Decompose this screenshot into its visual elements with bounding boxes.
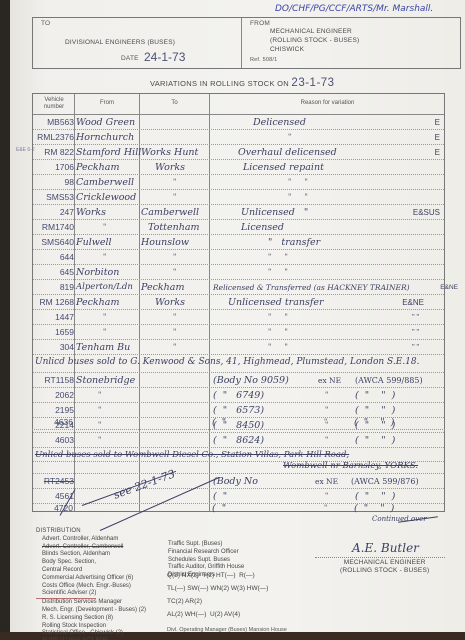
code: " " [412,326,419,339]
from-location: Stamford Hill [76,146,141,159]
from-location: Stonebridge [76,374,135,387]
to-location: Hounslow [141,236,189,249]
to-location: " [173,326,176,339]
table-row: RM 1268 Peckham Works Unlicensed transfe… [33,295,444,310]
to-location: Works [155,161,185,174]
body-number: ( " [212,416,226,429]
awca-ref: ( " " ) [355,389,395,402]
distribution-item: Central Record [36,567,146,575]
distribution-item: R. S. Licensing Section (8) [36,615,146,623]
codes-line: AL(2) WH(—) U(2) AV(4) [167,608,268,621]
distribution-list: DISTRIBUTION Advert. Controller, Aldenha… [36,528,146,640]
code: " " [412,311,419,324]
to-location: " [173,341,176,354]
header-box: TO DIVISIONAL ENGINEERS (BUSES) DATE 24-… [32,17,461,69]
ex-garage: " [324,502,327,515]
to-location: " [173,191,176,204]
vehicle-number: 644 [34,251,74,264]
reason: Licensed [241,221,284,234]
header-reason: Reason for variation [210,100,445,107]
signatory-title-2: (ROLLING STOCK - BUSES) [340,567,429,575]
body-number: (Body No [213,475,258,488]
from-location: Works [76,206,106,219]
code: E [435,146,440,159]
codes-line: TL(—) SW(—) WN(2) W(3) HW(—) [167,582,268,595]
title-date: 23-1-73 [291,77,334,89]
signatory-title-1: MECHANICAL ENGINEER [340,559,429,567]
table-row: 1659 " " " " " " [33,325,444,340]
district-codes: Q(2) NX(2) T(2) HT(—) R(—) TL(—) SW(—) W… [167,569,268,621]
to-location: Works [155,296,185,309]
signature-line [315,557,445,558]
date-value: 24-1-73 [144,50,185,64]
to-label: TO [41,20,50,27]
vehicle-number: RML2376 [34,131,74,144]
ex-garage: " [324,416,327,429]
variations-table: Vehicle number From To Reason for variat… [32,93,445,512]
table-row: 819 Alperton/Ldn Peckham Relicensed & Tr… [33,280,444,295]
table-row: SMS640 Fulwell Hounslow " transfer [33,235,444,250]
vehicle-number: 304 [34,341,74,354]
to-location: Camberwell [141,206,199,219]
awca-ref: (AWCA 599/876) [351,475,419,488]
to-location: Peckham [141,281,184,294]
distribution-item: Advert. Controller, Camberwell [36,544,146,552]
header-from: From [75,100,139,107]
distribution-footer: Divl. Operating Manager (Buses) Mansion … [167,627,287,633]
table-row: RT1158 Stonebridge (Body No 9059) ex NE … [33,373,444,388]
to-section: TO DIVISIONAL ENGINEERS (BUSES) DATE 24-… [33,18,242,68]
reason: Licensed repaint [243,161,324,174]
vehicle-number: MB563 [34,116,74,129]
table-row: 4603 " ( " 8624) " ( " " ) [33,433,444,448]
body-number: ( " 6749) [213,389,264,402]
from-location: Norbiton [76,266,119,279]
reason: " " [268,311,288,324]
table-row: 1447 " " " " " " [33,310,444,325]
to-location: Works Hunt [141,146,198,159]
header-to: To [140,100,209,107]
signature: A.E. Butler [352,541,419,555]
from-location: Cricklewood [76,191,136,204]
from-location: Peckham [76,161,119,174]
from-location: Fulwell [76,236,112,249]
table-row: MB563 Wood Green Delicensed E [33,115,444,130]
table-row: 304 Tenham Bu " " " " " [33,340,444,355]
reason: " " [268,251,288,264]
vehicle-number: 4636 [33,416,73,429]
from-line-2: (ROLLING STOCK - BUSES) [270,37,359,46]
table-row: RML2376 Hornchurch " E [33,130,444,145]
reason: Unlicensed " [241,206,308,219]
vehicle-number: SMS640 [34,236,74,249]
distribution-item: Commercial Advertising Officer (6) [36,575,146,583]
table-row: 247 Works Camberwell Unlicensed " E&SUS [33,205,444,220]
from-location: Camberwell [76,176,134,189]
handwritten-routing-annotation: DO/CHF/PG/CCF/ARTS/Mr. Marshall. [275,4,433,14]
to-value: DIVISIONAL ENGINEERS (BUSES) [65,39,175,48]
codes-line: Q(2) NX(2) T(2) HT(—) R(—) [167,569,268,582]
vehicle-number: 4603 [34,434,74,447]
note-row: Unlicd buses sold to G. Kenwood & Sons, … [33,355,444,373]
ex-garage: ex NE [315,475,338,488]
distribution-item: Costs Office (Mech. Engr.-Buses) [36,583,146,591]
header-vehicle: Vehicle number [35,97,73,111]
page-title: VARIATIONS IN ROLLING STOCK ON 23-1-73 [150,77,335,89]
code: E&NE [440,281,458,294]
reason: " " [268,326,288,339]
code: E [435,116,440,129]
from-location: " [98,389,101,402]
reason: " " [288,176,308,189]
reason: Delicensed [253,116,306,129]
from-location: " [98,434,101,447]
code: E&NE [402,296,424,309]
table-row: 645 Norbiton " " " [33,265,444,280]
sold-note-kenwood: Unlicd buses sold to G. Kenwood & Sons, … [35,356,420,369]
reason: Unlicensed transfer [228,296,324,309]
ex-garage: " [325,434,328,447]
signatory-title: MECHANICAL ENGINEER (ROLLING STOCK - BUS… [340,559,429,575]
awca-ref: ( " " ) [355,434,395,447]
codes-line: TC(2) AR(2) [167,595,268,608]
table-row: 4636 ( " " ( " " ) [32,415,445,430]
awca-ref: (AWCA 599/885) [355,374,423,387]
vehicle-number: RT2453 [34,475,74,488]
vehicle-number: RT1158 [34,374,74,387]
distribution-item: Statistical Office - Chiswick (2) [36,630,146,638]
title-text: VARIATIONS IN ROLLING STOCK ON [150,79,289,88]
awca-ref: ( " " ) [354,416,394,429]
distribution-item: Blinds Section, Aldenham [36,551,146,559]
table-row: RM 822 Stamford Hill Works Hunt Overhaul… [33,145,444,160]
reason: " transfer [268,236,320,249]
ex-garage: ex NE [318,374,341,387]
to-location: " [173,251,176,264]
distribution-item: Financial Research Officer [168,549,244,557]
sold-note-wombwell-cont: Wombwell nr Barnsley, YORKS. [283,460,418,473]
from-location: Wood Green [76,116,135,129]
date-label: DATE [121,55,139,62]
awca-ref: ( " " ) [354,502,394,515]
to-location: " [173,176,176,189]
reason: Overhaul delicensed [238,146,337,159]
from-location: Peckham [76,296,119,309]
distribution-heading: DISTRIBUTION [36,528,146,536]
note-row: Wombwell nr Barnsley, YORKS. [33,462,444,474]
from-location: Alperton/Ldn [76,281,133,294]
reason: Relicensed & Transferred (as HACKNEY TRA… [213,281,410,294]
from-location: Hornchurch [76,131,134,144]
from-section: FROM MECHANICAL ENGINEER (ROLLING STOCK … [242,18,460,68]
code: " " [412,341,419,354]
vehicle-number: 645 [34,266,74,279]
vehicle-number: 1706 [34,161,74,174]
reason: " [288,131,291,144]
distribution-item: Mech. Engr. (Development - Buses) (2) [36,607,146,615]
distribution-item: Traffic Supt. (Buses) [168,541,244,549]
table-row: SMS53 Cricklewood " " " [33,190,444,205]
vehicle-number: RM 1268 [34,296,74,309]
vehicle-number: 1659 [34,326,74,339]
reference-number: Ref. 508/1 [250,57,277,63]
table-row: 2062 " ( " 6749) " ( " " ) [33,388,444,403]
code: E [435,131,440,144]
to-location: " [173,311,176,324]
to-location: Tottenham [148,221,200,234]
distribution-item: Advert. Controller, Aldenham [36,536,146,544]
from-line-3: CHISWICK [270,46,304,55]
body-number: ( " 8624) [213,434,264,447]
table-header: Vehicle number From To Reason for variat… [33,94,444,115]
reason: " " [288,191,308,204]
body-number: ( " [212,502,226,515]
table-row: 98 Camberwell " " " [33,175,444,190]
from-label: FROM [250,20,270,27]
distribution-item: Body Spec. Section, [36,559,146,567]
from-location: " [103,311,106,324]
vehicle-number: 2062 [34,389,74,402]
vehicle-number: 1447 [34,311,74,324]
to-location: " [173,266,176,279]
table-row: RT2453 (Body No ex NE (AWCA 599/876) [33,474,444,489]
from-location: " [103,251,106,264]
from-location: Tenham Bu [76,341,130,354]
code: E&SUS [413,206,440,219]
ex-garage: " [325,389,328,402]
from-line-1: MECHANICAL ENGINEER [270,28,352,37]
from-location: " [103,326,106,339]
vehicle-number: 819 [34,281,74,294]
table-row: 644 " " " " [33,250,444,265]
reason: " " [268,266,288,279]
vehicle-number: SMS53 [34,191,74,204]
body-number: (Body No 9059) [213,374,289,387]
distribution-item: Distribution Services Manager [36,599,146,607]
vehicle-number: RM1740 [34,221,74,234]
from-location: " [103,221,106,234]
reason: " " [268,341,288,354]
vehicle-number: RM 822 [34,146,74,159]
vehicle-number: 247 [34,206,74,219]
distribution-item: Rolling Stock Inspection [36,623,146,631]
table-row: 4720 ( " " ( " " ) [32,501,445,516]
distribution-item: Schedules Supt. Buses [168,557,244,565]
table-row: RM1740 " Tottenham Licensed [33,220,444,235]
table-row: 1706 Peckham Works Licensed repaint [33,160,444,175]
distribution-item: Scientific Adviser (2) [36,590,96,599]
vehicle-number: 98 [34,176,74,189]
